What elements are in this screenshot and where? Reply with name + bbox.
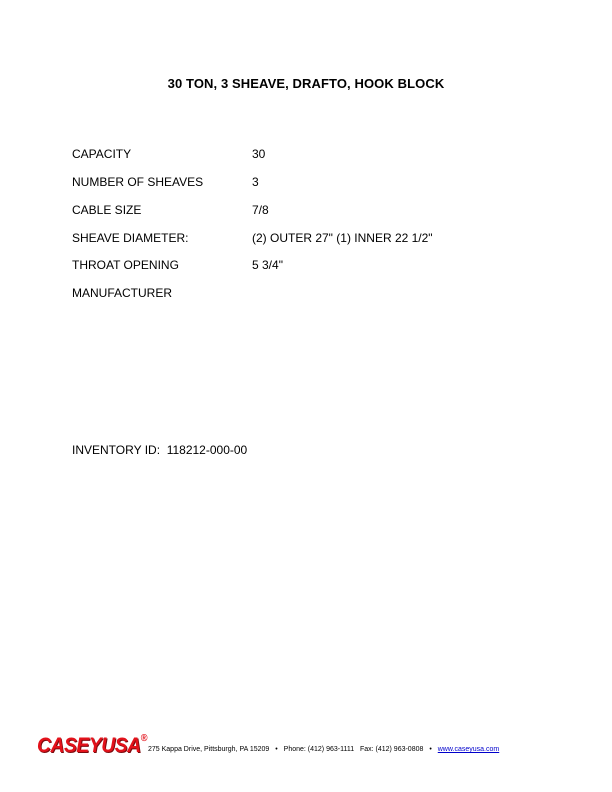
contact-line: 275 Kappa Drive, Pittsburgh, PA 15209 • … (148, 746, 499, 753)
spec-value: 5 3/4" (252, 258, 283, 272)
spec-label: THROAT OPENING (72, 258, 179, 272)
logo-text: CASEYUSA (37, 734, 141, 757)
spec-label: MANUFACTURER (72, 286, 172, 300)
inventory-label: INVENTORY ID: (72, 443, 160, 457)
bullet-separator: • (271, 746, 281, 753)
footer: CASEYUSA® 275 Kappa Drive, Pittsburgh, P… (37, 734, 577, 756)
spec-label: NUMBER OF SHEAVES (72, 175, 203, 189)
address: 275 Kappa Drive, Pittsburgh, PA 15209 (148, 746, 269, 753)
spec-value: 7/8 (252, 203, 269, 217)
spec-label: SHEAVE DIAMETER: (72, 231, 188, 245)
phone: Phone: (412) 963-1111 (284, 746, 354, 753)
document-title: 30 TON, 3 SHEAVE, DRAFTO, HOOK BLOCK (0, 76, 612, 91)
company-logo: CASEYUSA® (37, 734, 147, 758)
spec-value: (2) OUTER 27" (1) INNER 22 1/2" (252, 231, 433, 245)
website-link[interactable]: www.caseyusa.com (438, 746, 499, 753)
inventory-id: INVENTORY ID: 118212-000-00 (72, 443, 247, 457)
spec-value: 30 (252, 147, 265, 161)
inventory-value: 118212-000-00 (167, 443, 248, 457)
fax: Fax: (412) 963-0808 (360, 746, 423, 753)
spec-value: 3 (252, 175, 259, 189)
spec-label: CABLE SIZE (72, 203, 141, 217)
spec-label: CAPACITY (72, 147, 131, 161)
bullet-separator: • (425, 746, 435, 753)
registered-mark-icon: ® (141, 733, 147, 744)
